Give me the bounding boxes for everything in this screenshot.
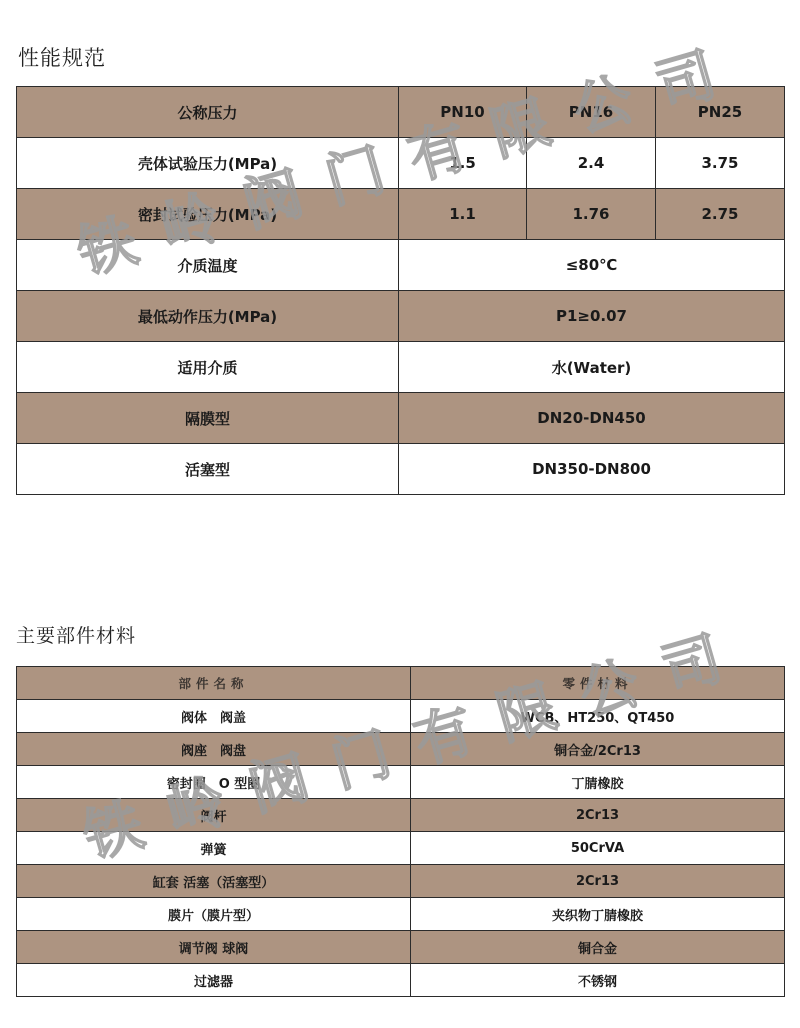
part-name: 弹簧 [17,832,411,865]
spec-row-label: 最低动作压力(MPa) [17,291,399,342]
part-name: 阀座 阀盘 [17,733,411,766]
spec-cell: 2.4 [527,138,656,189]
spec-header-label: 公称压力 [17,87,399,138]
part-material: 丁腈橡胶 [411,766,785,799]
part-name: 调节阀 球阀 [17,931,411,964]
spec-row: 隔膜型 DN20-DN450 [17,393,785,444]
spec-header-pn25: PN25 [656,87,785,138]
materials-row: 弹簧 50CrVA [17,832,785,865]
part-name: 阀杆 [17,799,411,832]
spec-row-label: 密封试验压力(MPa) [17,189,399,240]
part-material: 2Cr13 [411,865,785,898]
spec-cell: 水(Water) [399,342,785,393]
spec-cell: 1.1 [399,189,527,240]
spec-row: 活塞型 DN350-DN800 [17,444,785,495]
spec-row: 适用介质 水(Water) [17,342,785,393]
spec-header-pn16: PN16 [527,87,656,138]
materials-row: 阀体 阀盖 WCB、HT250、QT450 [17,700,785,733]
materials-header-part: 部件名称 [17,667,411,700]
materials-row: 密封圈 O 型圈 丁腈橡胶 [17,766,785,799]
materials-row: 调节阀 球阀 铜合金 [17,931,785,964]
part-material: 铜合金 [411,931,785,964]
spec-row-label: 介质温度 [17,240,399,291]
spec-row: 壳体试验压力(MPa) 1.5 2.4 3.75 [17,138,785,189]
part-material: 铜合金/2Cr13 [411,733,785,766]
spec-cell: ≤80℃ [399,240,785,291]
part-material: WCB、HT250、QT450 [411,700,785,733]
materials-row: 阀杆 2Cr13 [17,799,785,832]
spec-cell: 2.75 [656,189,785,240]
part-material: 50CrVA [411,832,785,865]
materials-row: 阀座 阀盘 铜合金/2Cr13 [17,733,785,766]
spec-row-label: 隔膜型 [17,393,399,444]
part-name: 过滤器 [17,964,411,997]
materials-section-title: 主要部件材料 [16,621,136,648]
part-material: 夹织物丁腈橡胶 [411,898,785,931]
part-name: 密封圈 O 型圈 [17,766,411,799]
spec-cell: 1.76 [527,189,656,240]
spec-row-label: 壳体试验压力(MPa) [17,138,399,189]
materials-row: 缸套 活塞（活塞型） 2Cr13 [17,865,785,898]
part-material: 2Cr13 [411,799,785,832]
materials-table: 部件名称 零件材料 阀体 阀盖 WCB、HT250、QT450 阀座 阀盘 铜合… [16,666,785,997]
part-name: 阀体 阀盖 [17,700,411,733]
spec-cell: P1≥0.07 [399,291,785,342]
spec-row: 最低动作压力(MPa) P1≥0.07 [17,291,785,342]
materials-header-row: 部件名称 零件材料 [17,667,785,700]
spec-cell: DN350-DN800 [399,444,785,495]
spec-header-row: 公称压力 PN10 PN16 PN25 [17,87,785,138]
materials-row: 膜片（膜片型） 夹织物丁腈橡胶 [17,898,785,931]
spec-row-label: 活塞型 [17,444,399,495]
spec-section-title: 性能规范 [18,42,106,72]
spec-row: 介质温度 ≤80℃ [17,240,785,291]
materials-row: 过滤器 不锈钢 [17,964,785,997]
spec-row: 密封试验压力(MPa) 1.1 1.76 2.75 [17,189,785,240]
part-name: 缸套 活塞（活塞型） [17,865,411,898]
spec-cell: DN20-DN450 [399,393,785,444]
spec-table: 公称压力 PN10 PN16 PN25 壳体试验压力(MPa) 1.5 2.4 … [16,86,785,495]
spec-header-pn10: PN10 [399,87,527,138]
spec-row-label: 适用介质 [17,342,399,393]
spec-cell: 1.5 [399,138,527,189]
materials-header-material: 零件材料 [411,667,785,700]
part-name: 膜片（膜片型） [17,898,411,931]
part-material: 不锈钢 [411,964,785,997]
spec-cell: 3.75 [656,138,785,189]
